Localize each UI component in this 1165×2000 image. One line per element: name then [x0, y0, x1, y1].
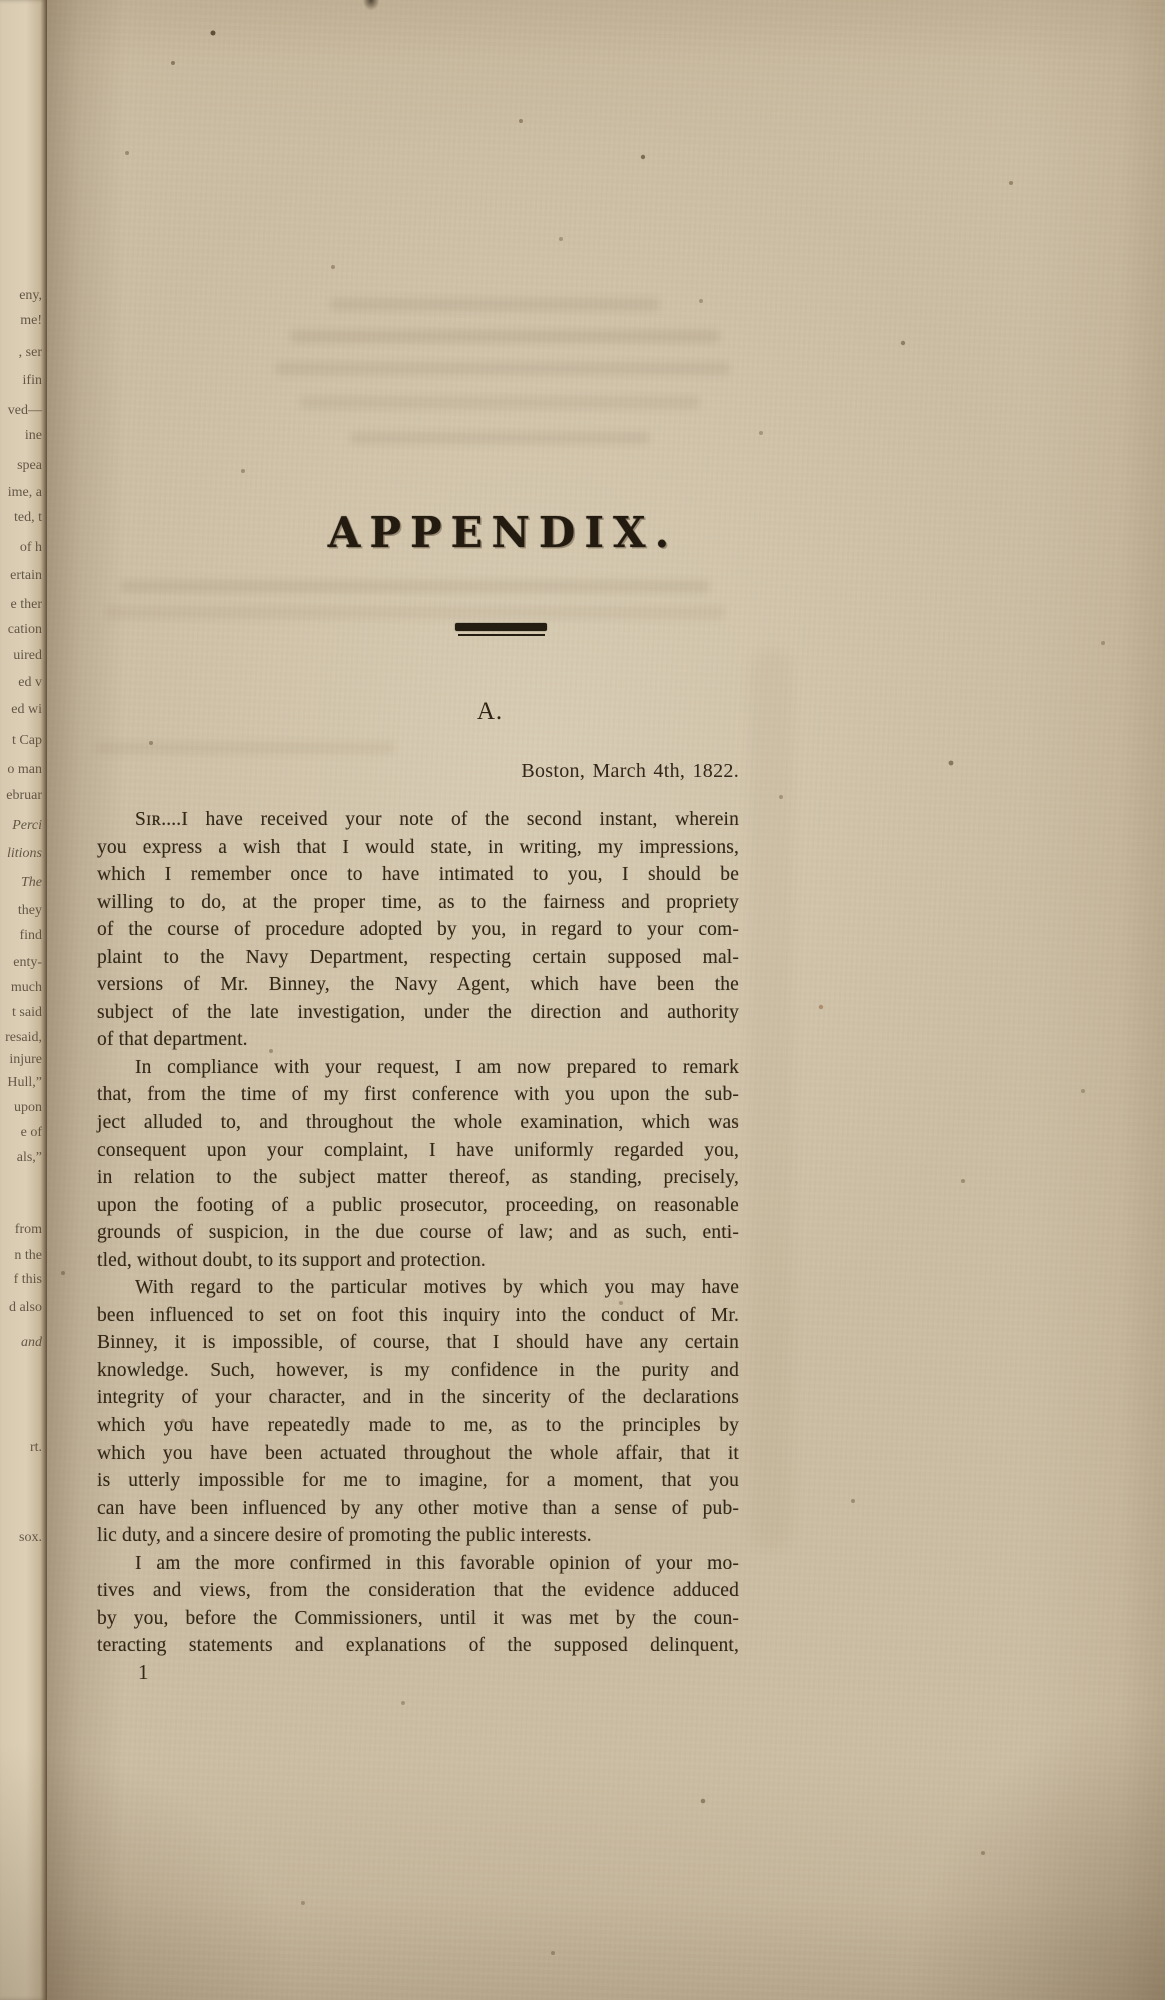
showthrough-smudge	[105, 606, 725, 619]
text-line: upon the footing of a public prosecutor,…	[97, 1192, 739, 1220]
edge-text-fragment: t Cap	[12, 733, 42, 749]
text-line: can have been influenced by any other mo…	[97, 1495, 739, 1523]
edge-text-fragment: e of	[21, 1125, 42, 1141]
text-line: plaint to the Navy Department, respectin…	[97, 944, 739, 972]
showthrough-smudge	[350, 432, 650, 444]
edge-text-fragment: resaid,	[5, 1030, 42, 1046]
edge-text-fragment: Hull,”	[7, 1075, 42, 1091]
showthrough-smudge	[330, 298, 660, 311]
text-line: In compliance with your request, I am no…	[97, 1054, 739, 1082]
edge-text-fragment: litions	[7, 846, 42, 862]
text-line: subject of the late investigation, under…	[97, 999, 739, 1027]
rule-thick-bar	[455, 623, 547, 631]
edge-text-fragment: ved—	[8, 403, 42, 419]
section-label: A.	[90, 698, 890, 726]
edge-text-fragment: of h	[20, 540, 42, 556]
dateline: Boston, March 4th, 1822.	[97, 760, 739, 783]
edge-text-fragment: ted, t	[14, 510, 42, 526]
edge-text-fragment: much	[11, 980, 42, 996]
showthrough-smudge	[95, 742, 395, 754]
paper-specks	[0, 0, 2, 2]
text-line: been influenced to set on foot this inqu…	[97, 1302, 739, 1330]
showthrough-smudge	[275, 362, 730, 375]
text-line: Binney, it is impossible, of course, tha…	[97, 1329, 739, 1357]
corner-shadow	[0, 1740, 300, 2000]
edge-text-fragment: d also	[9, 1300, 42, 1316]
paragraph: I am the more confirmed in this favorabl…	[97, 1550, 739, 1660]
ornamental-rule	[455, 623, 547, 636]
text-line: consequent upon your complaint, I have u…	[97, 1137, 739, 1165]
text-line: that, from the time of my first conferen…	[97, 1081, 739, 1109]
text-line: tled, without doubt, to its support and …	[97, 1247, 739, 1275]
edge-text-fragment: cation	[8, 622, 42, 638]
edge-text-fragment: me!	[20, 313, 42, 329]
previous-page-edge: eny,me!, serifinved—inespeaime, ated, to…	[0, 0, 47, 2000]
paragraph: In compliance with your request, I am no…	[97, 1054, 739, 1274]
page-curl-shading	[750, 650, 792, 1550]
edge-text-fragment: o man	[7, 762, 42, 778]
edge-text-fragment: enty-	[13, 955, 42, 971]
edge-text-fragment: t said	[12, 1005, 42, 1021]
showthrough-smudge	[290, 330, 720, 343]
edge-text-fragment: upon	[14, 1100, 42, 1116]
rule-thin-line	[458, 634, 545, 636]
text-line: Sɪʀ....I have received your note of the …	[97, 806, 739, 834]
text-line: is utterly impossible for me to imagine,…	[97, 1467, 739, 1495]
edge-text-fragment: ifin	[23, 373, 42, 389]
text-line: of the course of procedure adopted by yo…	[97, 916, 739, 944]
text-line: in relation to the subject matter thereo…	[97, 1164, 739, 1192]
edge-text-fragment: rt.	[30, 1440, 42, 1456]
text-line: which you have been actuated throughout …	[97, 1440, 739, 1468]
edge-text-fragment: eny,	[19, 288, 42, 304]
edge-text-fragment: sox.	[19, 1530, 42, 1546]
text-line: integrity of your character, and in the …	[97, 1384, 739, 1412]
page-title: APPENDIX.	[103, 509, 903, 557]
edge-text-fragment: ed v	[18, 675, 42, 691]
text-line: you express a wish that I would state, i…	[97, 834, 739, 862]
edge-text-fragment: and	[21, 1335, 42, 1351]
paper-edge-nick	[363, 0, 379, 10]
text-line: of that department.	[97, 1026, 739, 1054]
edge-text-fragment: als,”	[17, 1150, 42, 1166]
text-line: I am the more confirmed in this favorabl…	[97, 1550, 739, 1578]
edge-text-fragment: ebruar	[6, 788, 42, 804]
edge-text-fragment: e ther	[11, 597, 42, 613]
text-line: teracting statements and explanations of…	[97, 1632, 739, 1660]
letter-body: Sɪʀ....I have received your note of the …	[97, 806, 739, 1660]
paragraph: With regard to the particular motives by…	[97, 1274, 739, 1549]
edge-text-fragment: injure	[9, 1052, 42, 1068]
edge-text-fragment: f this	[14, 1272, 42, 1288]
text-line: grounds of suspicion, in the due course …	[97, 1219, 739, 1247]
edge-text-fragment: Perci	[12, 818, 42, 834]
book-page-photo: eny,me!, serifinved—inespeaime, ated, to…	[0, 0, 1165, 2000]
text-line: tives and views, from the consideration …	[97, 1577, 739, 1605]
edge-text-fragment: uired	[13, 648, 42, 664]
edge-text-fragment: , ser	[19, 345, 42, 361]
edge-text-fragment: spea	[17, 458, 42, 474]
text-line: which I remember once to have intimated …	[97, 861, 739, 889]
edge-text-fragment: they	[18, 903, 42, 919]
corner-shadow	[905, 1700, 1165, 2000]
edge-text-fragment: from	[15, 1222, 42, 1238]
text-line: by you, before the Commissioners, until …	[97, 1605, 739, 1633]
edge-text-fragment: ime, a	[8, 485, 42, 501]
edge-text-fragment: n the	[14, 1248, 42, 1264]
paragraph: Sɪʀ....I have received your note of the …	[97, 806, 739, 1054]
showthrough-smudge	[300, 396, 700, 409]
edge-text-fragment: The	[21, 875, 42, 891]
edge-text-fragment: ed wi	[11, 702, 42, 718]
edge-text-fragment: find	[19, 928, 42, 944]
page-number: 1	[138, 1660, 149, 1685]
text-line: willing to do, at the proper time, as to…	[97, 889, 739, 917]
text-line: versions of Mr. Binney, the Navy Agent, …	[97, 971, 739, 999]
showthrough-smudge	[120, 580, 710, 593]
text-line: knowledge. Such, however, is my confiden…	[97, 1357, 739, 1385]
text-line: lic duty, and a sincere desire of promot…	[97, 1522, 739, 1550]
edge-text-fragment: ertain	[10, 568, 42, 584]
text-line: which you have repeatedly made to me, as…	[97, 1412, 739, 1440]
text-line: With regard to the particular motives by…	[97, 1274, 739, 1302]
text-line: ject alluded to, and throughout the whol…	[97, 1109, 739, 1137]
edge-text-fragment: ine	[25, 428, 42, 444]
